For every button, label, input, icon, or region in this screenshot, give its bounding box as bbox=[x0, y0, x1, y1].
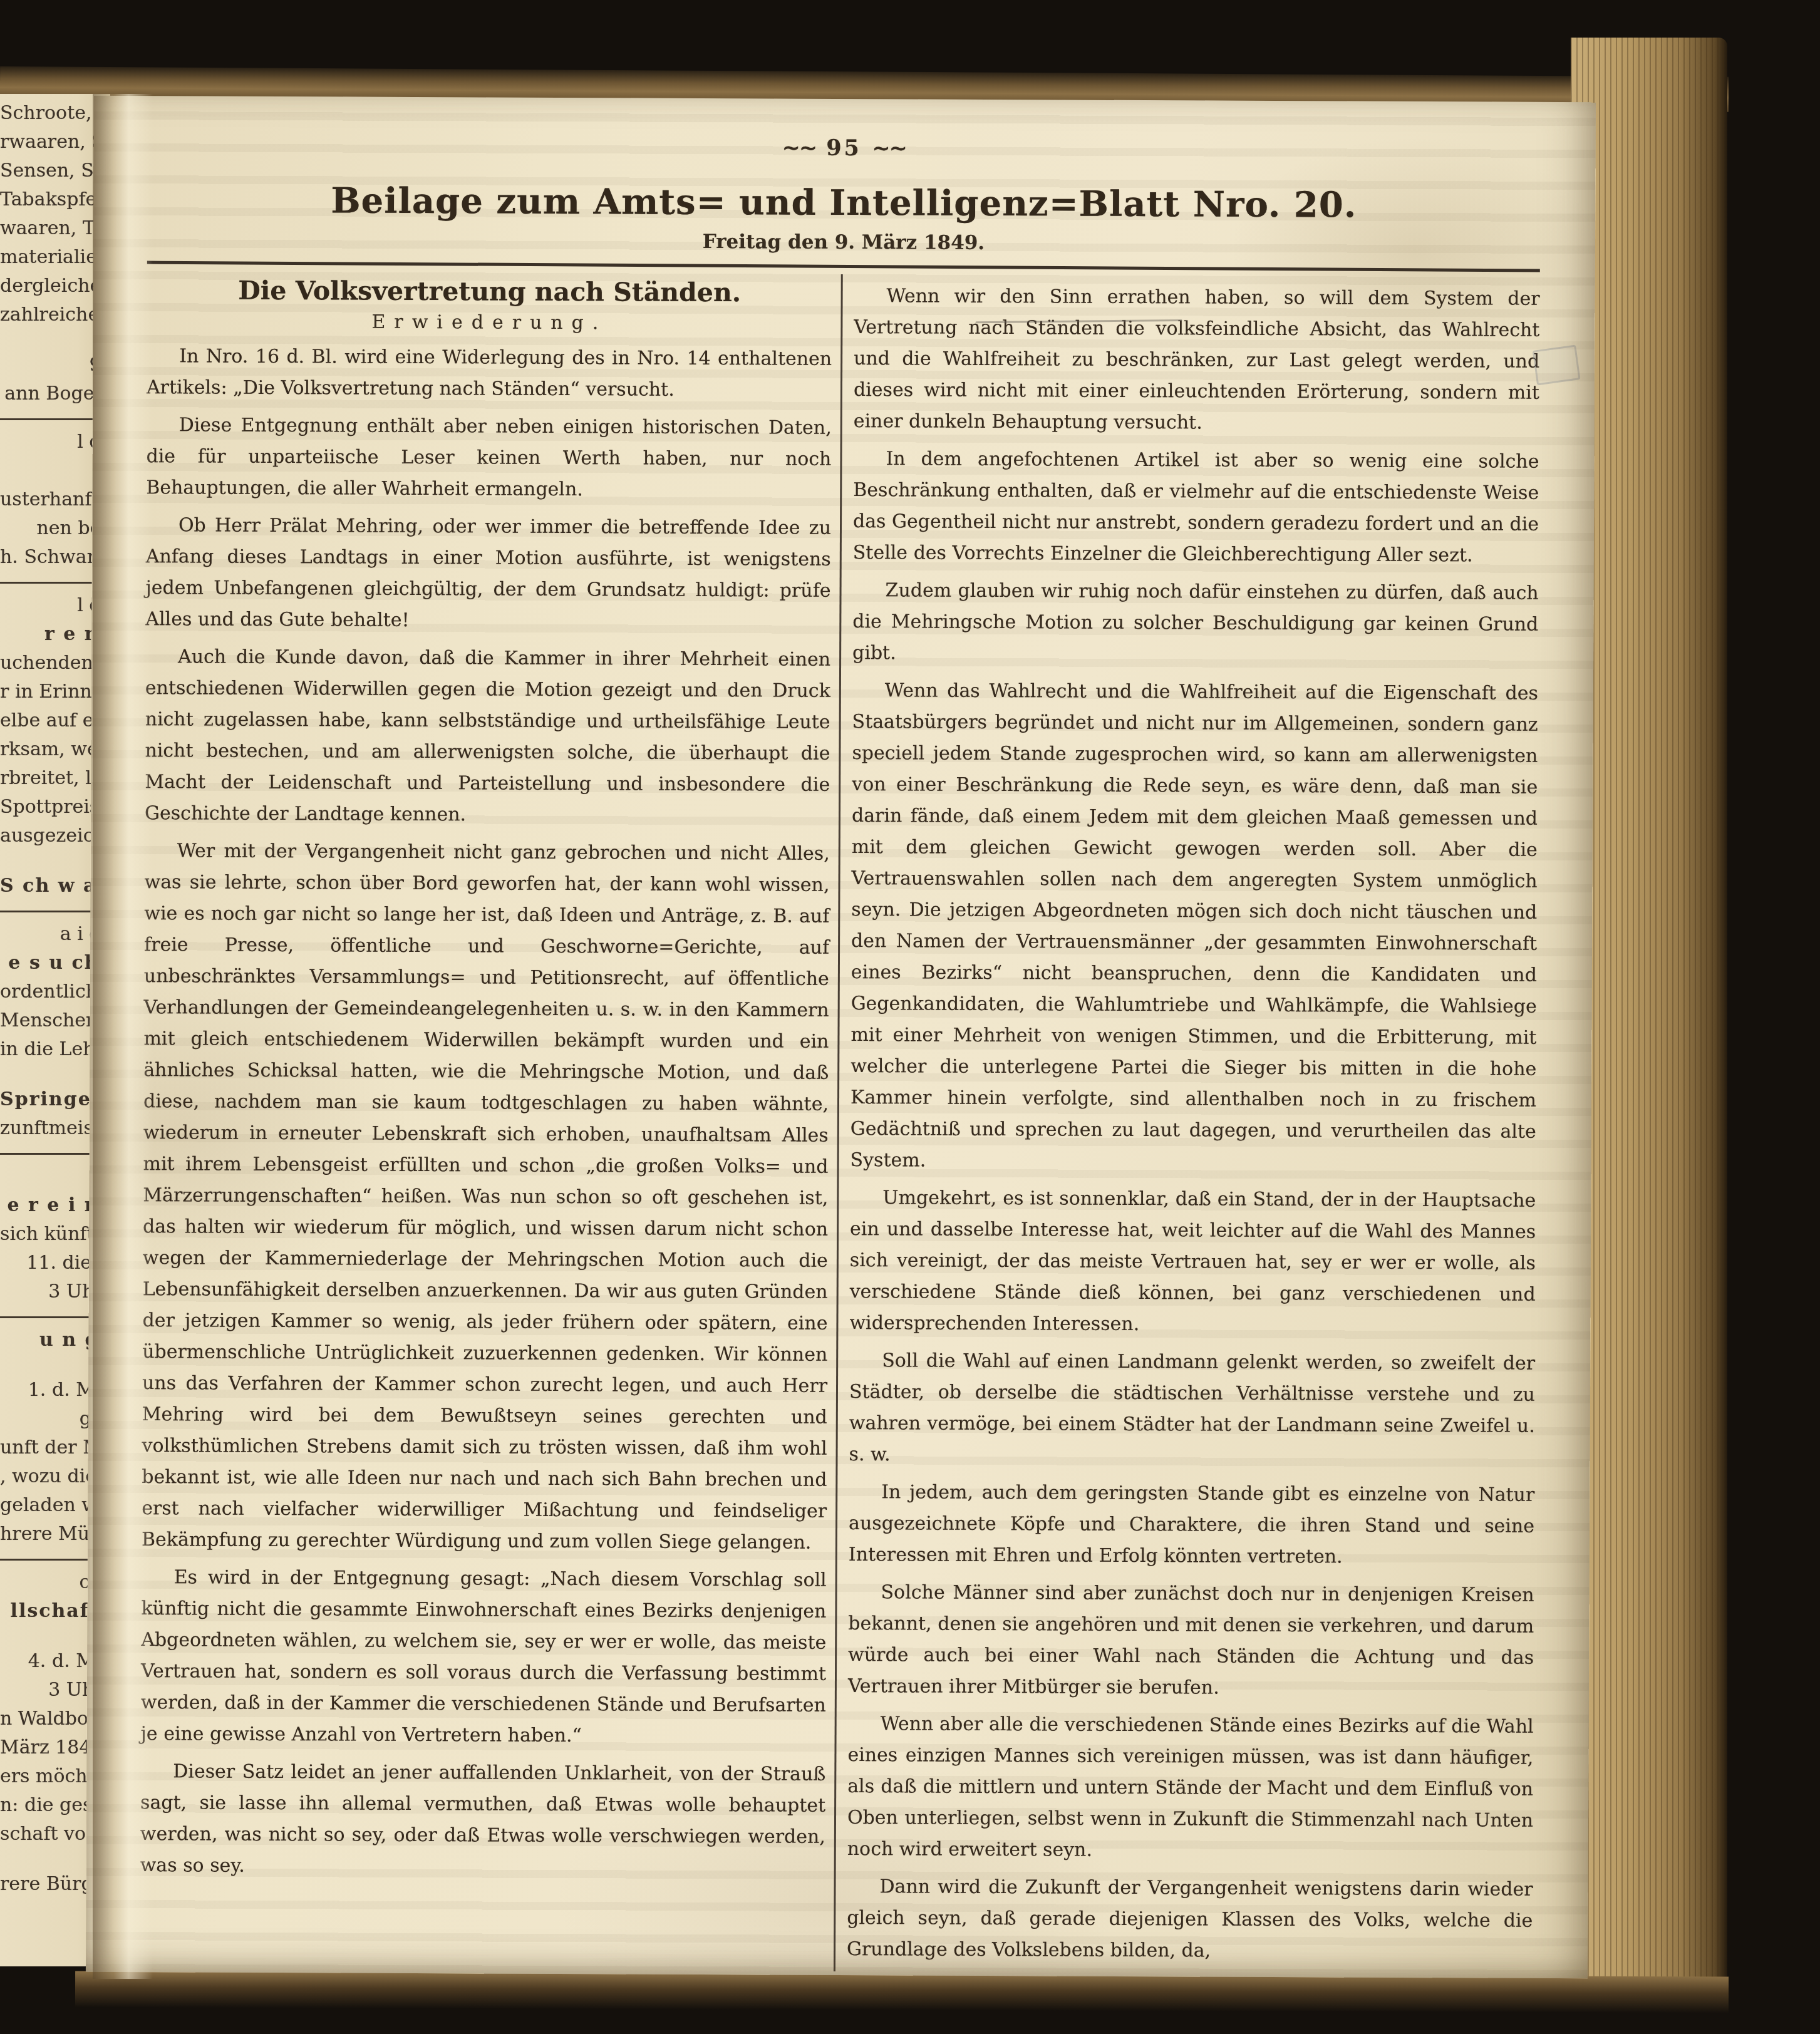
paragraph: Ob Herr Prälat Mehring, oder wer immer d… bbox=[145, 510, 831, 638]
library-stamp bbox=[1533, 344, 1581, 385]
article-columns: Die Volksvertretung nach Ständen. Erwied… bbox=[140, 269, 1540, 1975]
masthead-title: Beilage zum Amts= und Intelligenz=Blatt … bbox=[147, 179, 1540, 227]
left-column: Die Volksvertretung nach Ständen. Erwied… bbox=[140, 269, 841, 1971]
date-line: Freitag den 9. März 1849. bbox=[147, 228, 1540, 257]
paragraph: Wenn aber alle die verschiedenen Stände … bbox=[847, 1708, 1534, 1868]
paragraph: Wenn das Wahlrecht und die Wahlfreiheit … bbox=[850, 675, 1538, 1179]
folio-ornament-right: ~~ bbox=[872, 135, 906, 161]
right-column-paragraphs: Wenn wir den Sinn errathen haben, so wil… bbox=[847, 281, 1540, 1968]
right-column: Wenn wir den Sinn errathen haben, so wil… bbox=[835, 272, 1540, 1975]
article-subheading: Erwiederung. bbox=[147, 310, 832, 335]
paragraph: Solche Männer sind aber zunächst doch nu… bbox=[848, 1577, 1534, 1705]
paragraph: Es wird in der Entgegnung gesagt: „Nach … bbox=[140, 1562, 826, 1753]
page-content: ~~ 95 ~~ Beilage zum Amts= und Intellige… bbox=[86, 96, 1596, 1975]
paragraph: Zudem glauben wir ruhig noch dafür einst… bbox=[852, 575, 1539, 672]
article-heading: Die Volksvertretung nach Ständen. bbox=[147, 275, 832, 308]
newspaper-page: ~~ 95 ~~ Beilage zum Amts= und Intellige… bbox=[86, 96, 1596, 1978]
left-column-paragraphs: In Nro. 16 d. Bl. wird eine Widerlegung … bbox=[140, 341, 832, 1884]
paragraph: Umgekehrt, es ist sonnenklar, daß ein St… bbox=[849, 1182, 1536, 1342]
folio-ornament-left: ~~ bbox=[782, 135, 816, 161]
paragraph: Wer mit der Vergangenheit nicht ganz geb… bbox=[142, 835, 830, 1559]
page-number: ~~ 95 ~~ bbox=[148, 132, 1541, 164]
paragraph: In jedem, auch dem geringsten Stande gib… bbox=[849, 1477, 1535, 1574]
paragraph: In dem angefochtenen Artikel ist aber so… bbox=[853, 443, 1539, 572]
paragraph: Diese Entgegnung enthält aber neben eini… bbox=[146, 410, 832, 507]
paragraph: Dieser Satz leidet an jener auffallenden… bbox=[140, 1756, 826, 1884]
paragraph: Auch die Kunde davon, daß die Kammer in … bbox=[145, 641, 830, 832]
paragraph: Dann wird die Zukunft der Vergangenheit … bbox=[847, 1871, 1533, 1968]
paragraph: Wenn wir den Sinn errathen haben, so wil… bbox=[854, 281, 1540, 440]
paragraph: In Nro. 16 d. Bl. wird eine Widerlegung … bbox=[147, 341, 832, 406]
paragraph: Soll die Wahl auf einen Landmann gelenkt… bbox=[849, 1345, 1535, 1474]
scanned-newspaper-scene: Schroote, Pulver,rwaaren, Schip=Sensen, … bbox=[0, 0, 1820, 2034]
page-number-value: 95 bbox=[826, 135, 862, 161]
